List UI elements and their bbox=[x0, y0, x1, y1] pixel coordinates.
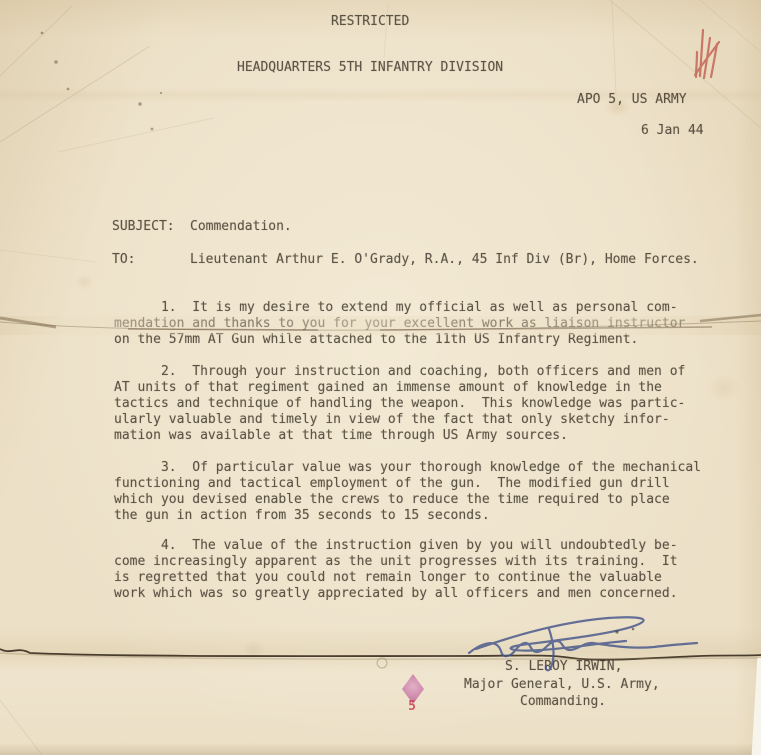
scanned-letter: RESTRICTED HEADQUARTERS 5TH INFANTRY DIV… bbox=[0, 0, 761, 755]
mid-fold-crease bbox=[0, 316, 761, 335]
paragraph-3: 3. Of particular value was your thorough… bbox=[114, 460, 701, 524]
bottom-edge-shadow bbox=[0, 743, 761, 755]
paragraph-4: 4. The value of the instruction given by… bbox=[114, 538, 678, 602]
stamp-numeral: 5 bbox=[404, 699, 420, 714]
signature-role: Commanding. bbox=[520, 694, 606, 710]
to-value: Lieutenant Arthur E. O'Grady, R.A., 45 I… bbox=[190, 252, 699, 268]
apo-line: APO 5, US ARMY bbox=[577, 92, 687, 108]
to-label: TO: bbox=[112, 252, 135, 268]
subject-label: SUBJECT: bbox=[112, 219, 175, 235]
signature-name: S. LEROY IRWIN, bbox=[505, 659, 622, 675]
classification-banner: RESTRICTED bbox=[331, 14, 409, 30]
letterhead: HEADQUARTERS 5TH INFANTRY DIVISION bbox=[237, 60, 503, 76]
date-line: 6 Jan 44 bbox=[641, 123, 704, 139]
subject-value: Commendation. bbox=[190, 219, 292, 235]
paragraph-2: 2. Through your instruction and coaching… bbox=[114, 364, 685, 444]
signature-rank: Major General, U.S. Army, bbox=[464, 677, 660, 693]
